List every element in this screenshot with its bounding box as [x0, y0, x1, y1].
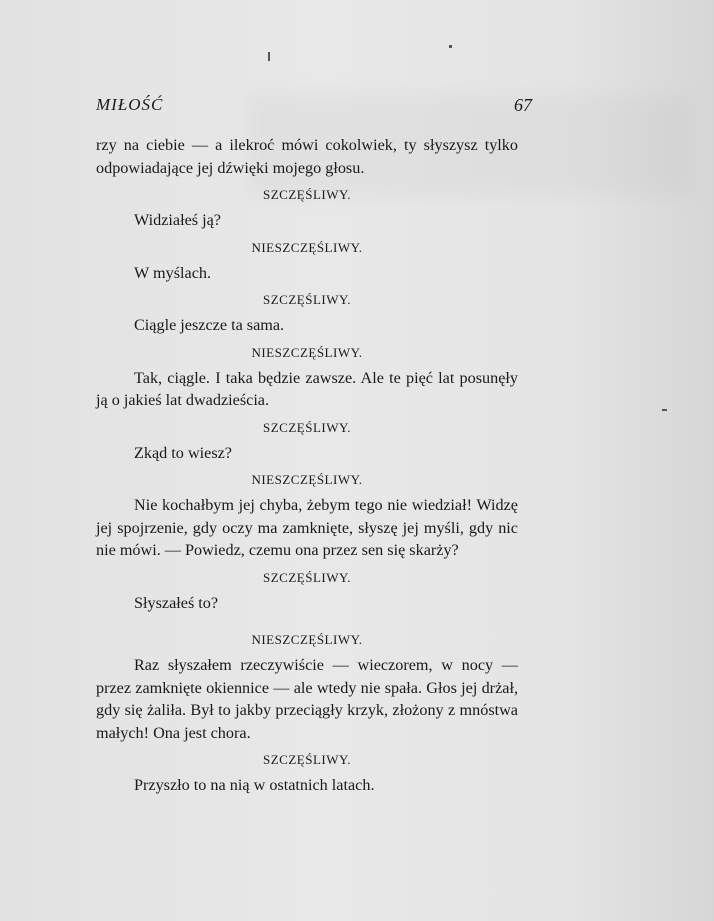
dialogue-line: Raz słyszałem rzeczywiście — wieczorem, … [96, 654, 518, 744]
page-body: rzy na ciebie — a ilekroć mówi cokolwiek… [96, 134, 518, 797]
running-title: MIŁOŚĆ [96, 95, 163, 115]
speaker-label: NIESZCZĘŚLIWY. [96, 345, 518, 361]
speaker-label: SZCZĘŚLIWY. [96, 187, 518, 203]
speaker-label: NIESZCZĘŚLIWY. [96, 472, 518, 488]
ink-speck [449, 45, 452, 48]
dialogue-line: Nie kochałbym jej chyba, żebym tego nie … [96, 494, 518, 562]
speaker-label: NIESZCZĘŚLIWY. [96, 240, 518, 256]
dialogue-line: Widziałeś ją? [96, 209, 518, 232]
dialogue-line: Zkąd to wiesz? [96, 442, 518, 465]
speaker-label: SZCZĘŚLIWY. [96, 420, 518, 436]
continuation-paragraph: rzy na ciebie — a ilekroć mówi cokolwiek… [96, 134, 518, 179]
dialogue-line: Tak, ciągle. I taka będzie zawsze. Ale t… [96, 367, 518, 412]
dialogue-line: Przyszło to na nią w ostatnich latach. [96, 774, 518, 797]
running-header: MIŁOŚĆ 67 [96, 95, 532, 121]
dialogue-line: Ciągle jeszcze ta sama. [96, 314, 518, 337]
page-number: 67 [514, 95, 532, 116]
speaker-label: SZCZĘŚLIWY. [96, 752, 518, 768]
book-page: MIŁOŚĆ 67 rzy na ciebie — a ilekroć mówi… [0, 0, 714, 921]
speaker-label: NIESZCZĘŚLIWY. [96, 632, 518, 648]
ink-speck [268, 52, 270, 61]
speaker-label: SZCZĘŚLIWY. [96, 570, 518, 586]
dialogue-line: W myślach. [96, 262, 518, 285]
ink-speck [662, 409, 667, 411]
dialogue-line: Słyszałeś to? [96, 592, 518, 615]
speaker-label: SZCZĘŚLIWY. [96, 292, 518, 308]
